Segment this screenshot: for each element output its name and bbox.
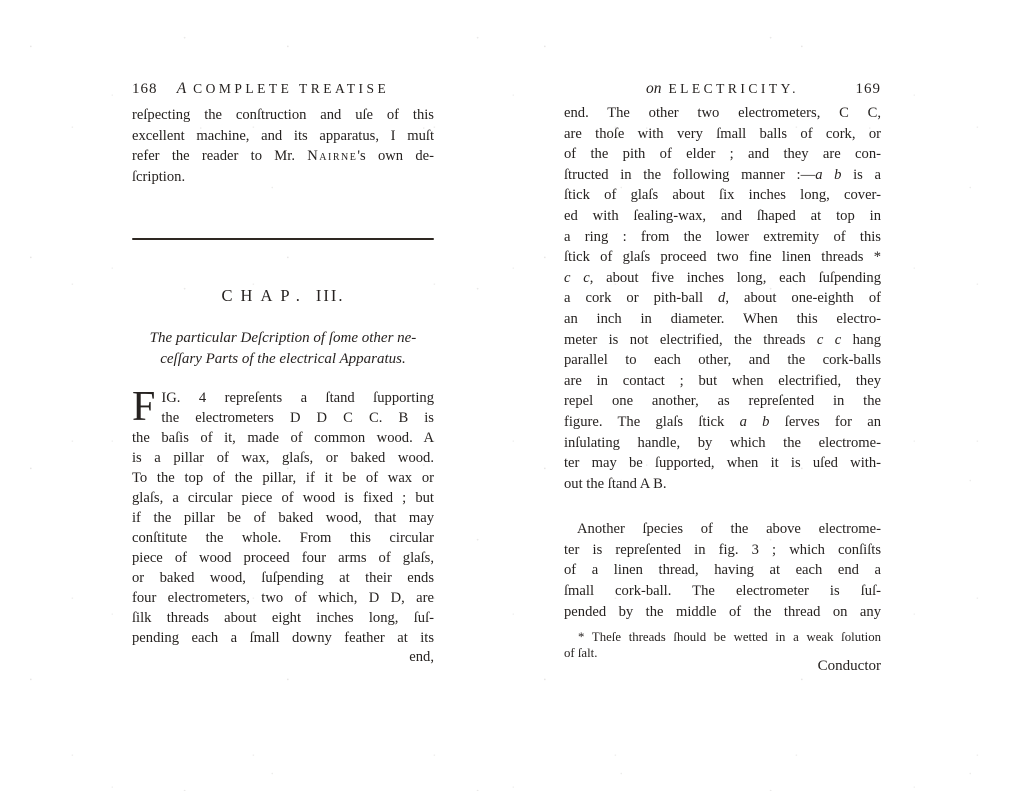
second-paragraph: Another ſpecies of the above electrome-t…: [564, 519, 881, 622]
body-paragraph-right: end. The other two electrometers, C C,ar…: [564, 103, 881, 494]
chapter-label: CHAP.: [222, 286, 308, 305]
text-line: piece of wood proceed four arms of glaſs…: [132, 548, 434, 568]
text-line: if the pillar be of baked wood, that may: [132, 508, 434, 528]
text-line: pending each a ſmall downy feather at it…: [132, 628, 434, 648]
text-line: parallel to each other, and the cork-bal…: [564, 350, 881, 371]
intro-paragraph: reſpecting the conſtruction and uſe of t…: [132, 105, 434, 188]
text-line: a ring : from the lower extremity of thi…: [564, 227, 881, 248]
text-line: pended by the middle of the thread on an…: [564, 602, 881, 623]
text-line: inſulating handle, by which the electrom…: [564, 433, 881, 454]
text-line: of the pith of elder ; and they are con-: [564, 144, 881, 165]
text-line: excellent machine, and its apparatus, I …: [132, 126, 434, 147]
text-line: ſilk threads about eight inches long, ſu…: [132, 608, 434, 628]
running-title-left: AComplete Treatise: [132, 79, 434, 99]
text-line: the electrometers D D C C. B is: [132, 408, 434, 428]
text-line: are thoſe with very ſmall balls of cork,…: [564, 124, 881, 145]
running-title-caps: Complete Treatise: [193, 81, 389, 96]
text-line: * Theſe threads ſhould be wetted in a we…: [564, 630, 881, 646]
text-line: four electrometers, two of which, D D, a…: [132, 588, 434, 608]
chapter-heading: CHAP.III.: [132, 286, 434, 306]
text-line: refer the reader to Mr. Nairne's own de-: [132, 146, 434, 167]
text-line: ſtick of glaſs proceed two fine linen th…: [564, 247, 881, 268]
text-line: the baſis of it, made of common wood. A: [132, 428, 434, 448]
text-line: out the ſtand A B.: [564, 474, 881, 495]
catchword-left: end,: [132, 648, 434, 667]
text-line: reſpecting the conſtruction and uſe of t…: [132, 105, 434, 126]
catchword-right: Conductor: [564, 656, 881, 676]
page-number-left: 168: [132, 79, 158, 99]
text-line: ſcription.: [132, 167, 434, 188]
text-line: or baked wood, ſuſpending at their ends: [132, 568, 434, 588]
running-title-lead: on: [646, 80, 662, 97]
text-line: repel one another, as repreſented in the: [564, 391, 881, 412]
text-line: figure. The glaſs ſtick a b ſerves for a…: [564, 412, 881, 433]
drop-cap: F: [132, 388, 161, 424]
body-paragraph-left: F IG. 4 repreſents a ſtand ſupportingthe…: [132, 388, 434, 648]
text-line: of a linen thread, having at each end a: [564, 560, 881, 581]
running-title-lead: A: [177, 80, 186, 97]
text-line: To the top of the pillar, if it be of wa…: [132, 468, 434, 488]
running-title-right: onElectricity.: [564, 79, 881, 99]
running-head-right: onElectricity. 169: [564, 79, 881, 100]
text-line: ceſſary Parts of the electrical Apparatu…: [132, 349, 434, 371]
text-line: The particular Deſcription of ſome other…: [132, 328, 434, 350]
page-left: 168 AComplete Treatise reſpecting the co…: [132, 79, 434, 667]
text-line: Another ſpecies of the above electrome-: [564, 519, 881, 540]
book-scan: 168 AComplete Treatise reſpecting the co…: [0, 0, 1024, 791]
text-line: are in contact ; but when electrified, t…: [564, 371, 881, 392]
text-line: end. The other two electrometers, C C,: [564, 103, 881, 124]
text-line: ter may be ſupported, when it is uſed wi…: [564, 453, 881, 474]
text-line: conſtitute the whole. From this circular: [132, 528, 434, 548]
text-line: ſtick of glaſs about ſix inches long, co…: [564, 185, 881, 206]
text-line: ter is repreſented in fig. 3 ; which con…: [564, 540, 881, 561]
text-line: an inch in diameter. When this electro-: [564, 309, 881, 330]
page-number-right: 169: [856, 79, 882, 99]
text-line: meter is not electrified, the threads c …: [564, 330, 881, 351]
text-line: is a pillar of wax, glaſs, or baked wood…: [132, 448, 434, 468]
chapter-subtitle: The particular Deſcription of ſome other…: [132, 328, 434, 371]
chapter-number: III.: [316, 286, 345, 305]
text-line: ſtructed in the following manner :—a b i…: [564, 165, 881, 186]
section-rule: [132, 238, 434, 240]
text-line: a cork or pith-ball d, about one-eighth …: [564, 288, 881, 309]
text-line: IG. 4 repreſents a ſtand ſupporting: [132, 388, 434, 408]
text-line: ed with ſealing-wax, and ſhaped at top i…: [564, 206, 881, 227]
text-line: c c, about five inches long, each ſuſpen…: [564, 268, 881, 289]
running-head-left: 168 AComplete Treatise: [132, 79, 434, 100]
text-line: ſmall cork-ball. The electrometer is ſuſ…: [564, 581, 881, 602]
text-line: glaſs, a circular piece of wood is fixed…: [132, 488, 434, 508]
page-right: onElectricity. 169 end. The other two el…: [564, 79, 881, 676]
running-title-caps: Electricity.: [668, 81, 799, 96]
